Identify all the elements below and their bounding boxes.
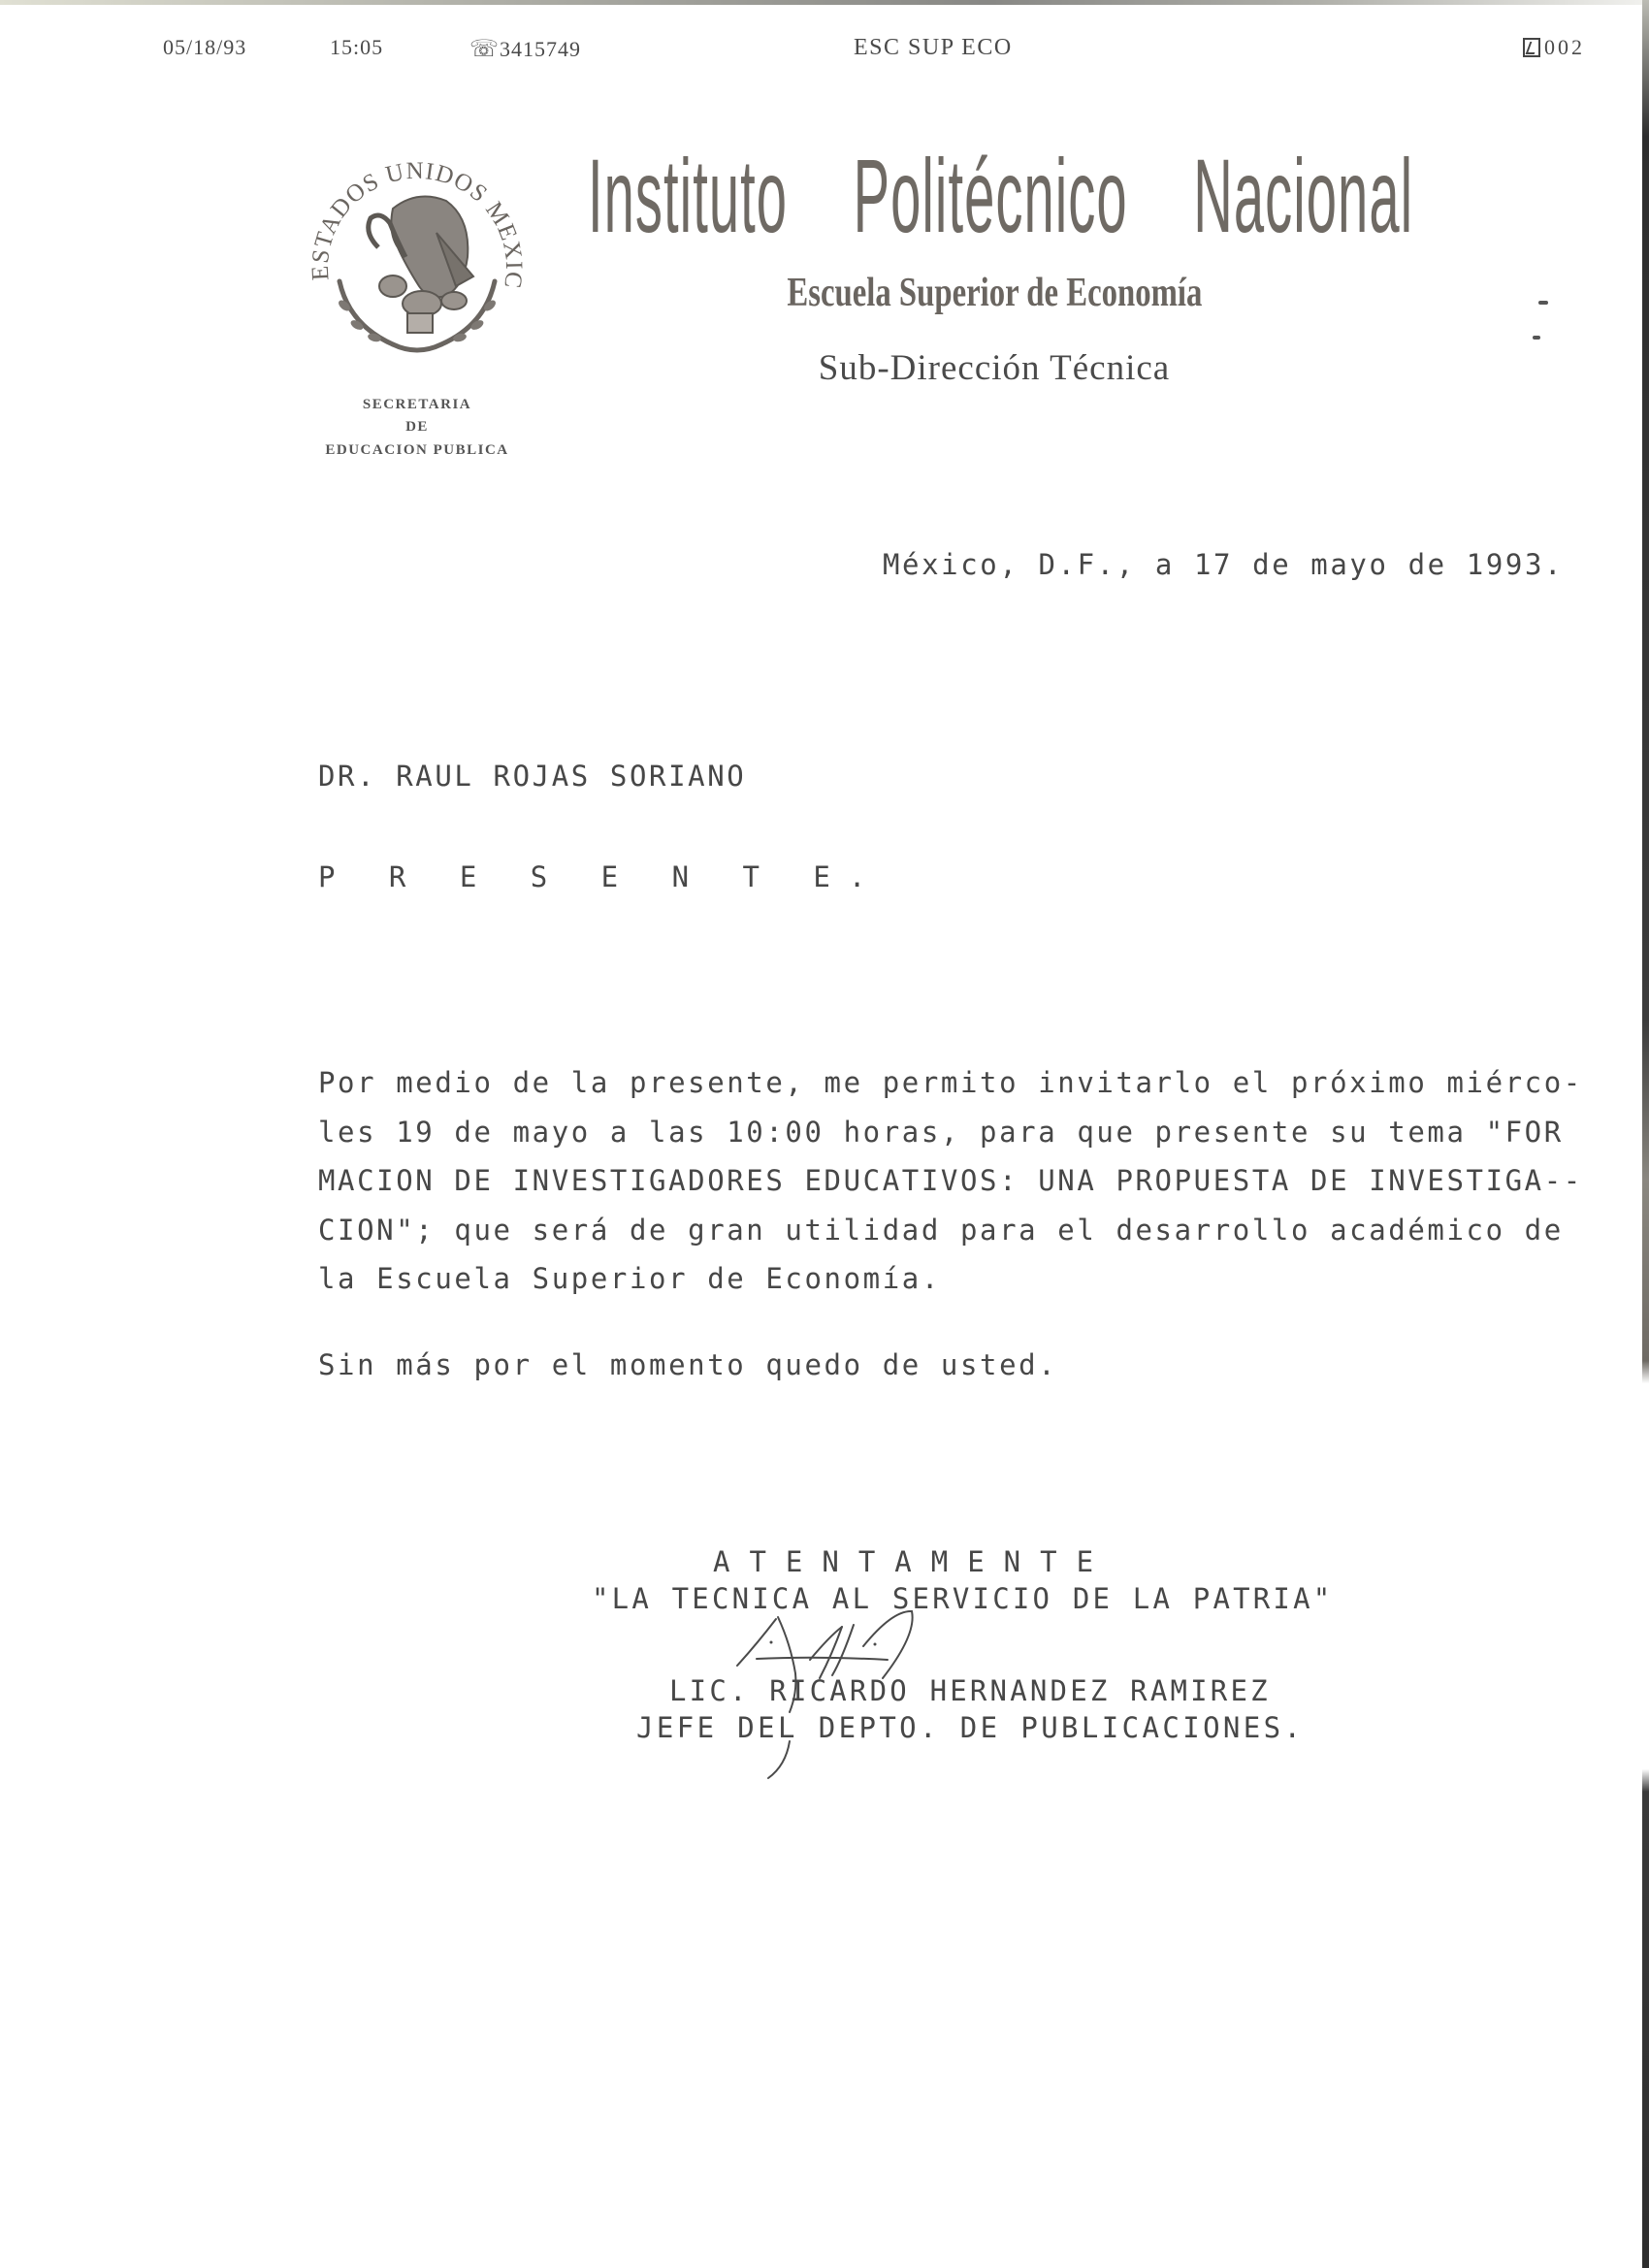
fax-date: 05/18/93: [163, 35, 246, 60]
closing-line: Sin más por el momento quedo de usted.: [318, 1351, 1057, 1379]
institution-word-2: Politécnico: [854, 144, 1128, 248]
body-line: CION"; que será de gran utilidad para el…: [318, 1206, 1583, 1255]
scan-top-edge: [0, 0, 1649, 5]
fax-page: 002: [1523, 35, 1585, 60]
signer-name: LIC. RICARDO HERNANDEZ RAMIREZ: [669, 1677, 1271, 1705]
institution-word-3: Nacional: [1193, 144, 1413, 248]
scan-speck: [1533, 336, 1540, 340]
body-line: Por medio de la presente, me permito inv…: [318, 1058, 1583, 1108]
signer-title: JEFE DEL DEPTO. DE PUBLICACIONES.: [636, 1714, 1304, 1742]
scan-right-edge: [1642, 0, 1649, 2268]
fax-time: 15:05: [330, 35, 383, 60]
letter-body: Por medio de la presente, me permito inv…: [318, 1058, 1583, 1304]
fax-phone: ☏3415749: [469, 35, 581, 63]
mexican-coat-of-arms-icon: ESTADOS UNIDOS MEXICANOS: [301, 141, 533, 373]
seal-caption-educacion-publica: EDUCACION PUBLICA: [296, 442, 538, 459]
school-title-text: Escuela Superior de Economía: [787, 270, 1202, 316]
fax-phone-number: 3415749: [500, 37, 581, 61]
school-title: Escuela Superior de Economía: [582, 270, 1406, 316]
salutation: P R E S E N T E.: [318, 863, 884, 891]
department-title: Sub-Dirección Técnica: [582, 347, 1406, 389]
fax-page-icon: [1523, 38, 1540, 57]
seal-caption-secretaria: SECRETARIA: [296, 397, 538, 413]
fax-sender-id: ESC SUP ECO: [854, 35, 1013, 61]
recipient-name: DR. RAUL ROJAS SORIANO: [318, 762, 746, 791]
fax-page-number: 002: [1544, 35, 1585, 59]
sign-off: ATENTAMENTE: [713, 1548, 1113, 1576]
seal-caption-de: DE: [296, 419, 538, 436]
telephone-icon: ☏: [469, 37, 500, 62]
place-date: México, D.F., a 17 de mayo de 1993.: [883, 551, 1564, 579]
institution-title: InstitutoPolitécnicoNacional: [588, 144, 1007, 250]
fax-header: 05/18/93 15:05 ☏3415749 ESC SUP ECO 002: [0, 35, 1649, 64]
body-line: MACION DE INVESTIGADORES EDUCATIVOS: UNA…: [318, 1156, 1583, 1206]
scan-speck: [1538, 301, 1548, 305]
institution-word-1: Instituto: [588, 144, 788, 248]
body-line: la Escuela Superior de Economía.: [318, 1254, 1583, 1304]
body-line: les 19 de mayo a las 10:00 horas, para q…: [318, 1108, 1583, 1157]
